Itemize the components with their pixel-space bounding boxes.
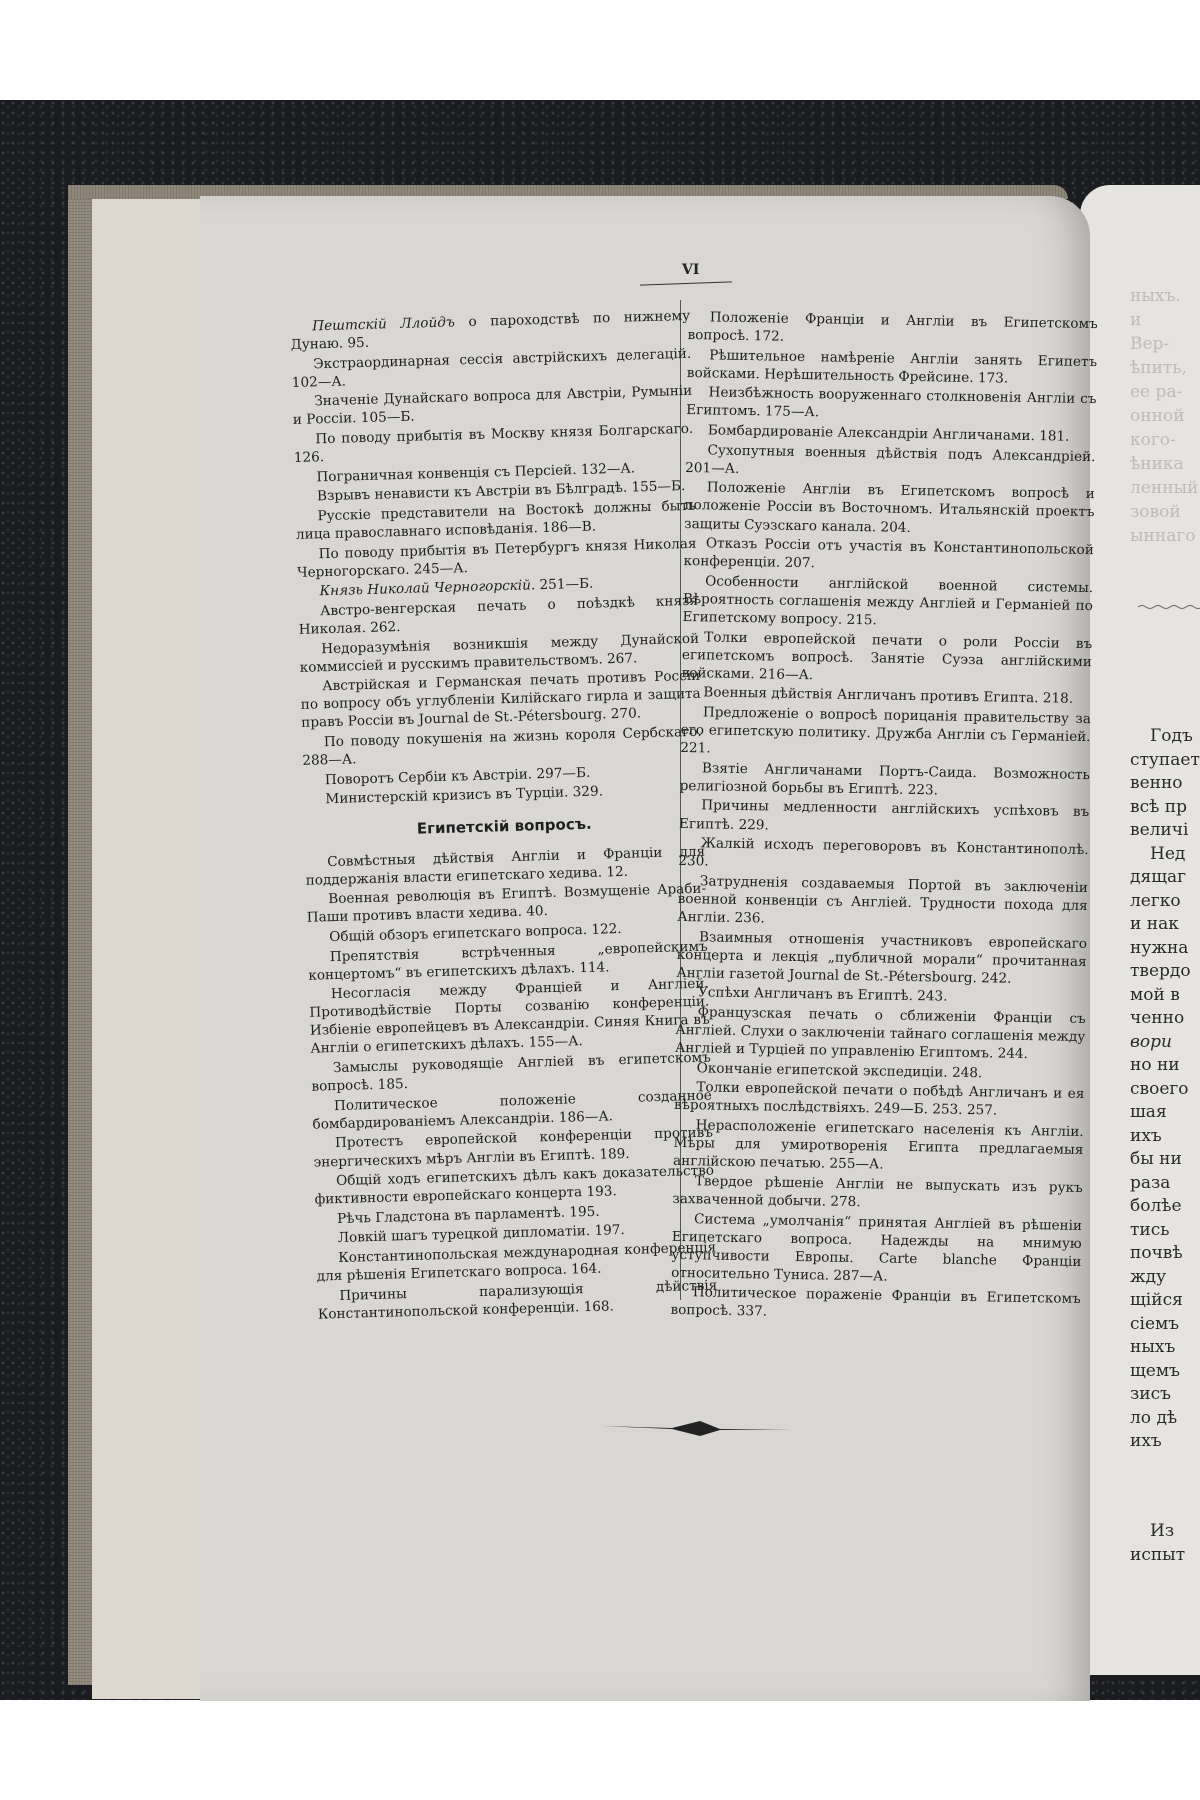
index-entry: Затрудненія создаваемыя Портой въ заключ… xyxy=(677,872,1088,933)
next-page-line: зисъ xyxy=(1130,1383,1171,1407)
entry-text: Причины медленности англійскихъ успѣховъ… xyxy=(679,798,1090,833)
section-title: Египетскій вопросъ. xyxy=(304,812,704,841)
next-page-line: шая xyxy=(1130,1101,1167,1125)
next-page-faint-line: ныхъ. xyxy=(1130,285,1181,309)
next-page-faint-line: зовой xyxy=(1130,501,1181,525)
next-page-line: раза xyxy=(1130,1172,1170,1196)
entry-text: Положеніе Франціи и Англіи въ Египетском… xyxy=(687,309,1098,344)
next-page: ныхъ.и Вер-ѣпить,ее ра-оннойкого-ѣникале… xyxy=(1080,185,1200,1675)
next-page-faint-line: Вер- xyxy=(1130,333,1169,357)
next-page-line: ихъ xyxy=(1130,1430,1162,1454)
next-page-faint-line: ее ра- xyxy=(1130,381,1182,405)
index-entry: Французская печать о сближеніи Франціи с… xyxy=(675,1003,1086,1064)
entry-text: . 251—Б. xyxy=(531,576,594,594)
next-page-line: твердо xyxy=(1130,960,1191,984)
index-entry: Система „умолчанія“ принятая Англіей въ … xyxy=(671,1209,1082,1289)
next-page-faint-line: кого- xyxy=(1130,429,1176,453)
entry-text: Неизбѣжность вооруженнаго столкновенія А… xyxy=(686,385,1097,421)
wavy-rule-ornament xyxy=(1138,604,1200,610)
index-entry: Сухопутныя военныя дѣйствія подъ Алексан… xyxy=(685,441,1096,484)
entry-text: Окончаніе египетской экспедиціи. 248. xyxy=(697,1060,983,1081)
entry-text: Нерасположеніе египетскаго населенія къ … xyxy=(673,1117,1084,1172)
entry-text: Система „умолчанія“ принятая Англіей въ … xyxy=(671,1211,1082,1285)
next-page-line: ло дѣ xyxy=(1130,1407,1177,1431)
index-entry: Австрійская и Германская печать противъ … xyxy=(300,667,701,732)
entry-text: Предложеніе о вопросѣ порицанія правител… xyxy=(680,704,1091,756)
entry-text: Особенности англійской военной системы. … xyxy=(682,573,1093,628)
next-page-line: легко xyxy=(1130,890,1181,914)
entry-text: Толки европейской печати о побѣдѣ Англич… xyxy=(674,1080,1085,1119)
entry-italic-title: Пештскій Ллойдъ xyxy=(312,314,455,334)
next-page-line: ченно xyxy=(1130,1007,1184,1031)
next-page-line: ихъ xyxy=(1130,1125,1162,1149)
index-entry: Положеніе Франціи и Англіи въ Египетском… xyxy=(687,308,1098,351)
next-page-line: тись xyxy=(1130,1219,1170,1243)
entry-text: Положеніе Англіи въ Египетскомъ вопросѣ … xyxy=(684,480,1095,536)
index-entry: Неизбѣжность вооруженнаго столкновенія А… xyxy=(686,383,1097,426)
next-page-line: Годъ xyxy=(1150,725,1193,749)
index-entry: Взаимныя отношенія участниковъ европейск… xyxy=(676,927,1087,988)
next-page-line: сіемъ xyxy=(1130,1313,1179,1337)
next-page-line: Из xyxy=(1150,1520,1174,1544)
next-page-line: бы ни xyxy=(1130,1148,1182,1172)
next-page-faint-line: ыннаго xyxy=(1130,525,1195,549)
next-page-line: мой в xyxy=(1130,984,1180,1008)
index-entry: Твердое рѣшеніе Англіи не выпускать изъ … xyxy=(672,1172,1083,1215)
index-entry: Несогласія между Франціей и Англіей. Про… xyxy=(309,975,711,1059)
next-page-line: всѣ пр xyxy=(1130,796,1187,820)
entry-text: Успѣхи Англичанъ въ Египтѣ. 243. xyxy=(698,985,948,1005)
next-page-line: жду xyxy=(1130,1266,1166,1290)
entry-text: Жалкій исходъ переговоровъ въ Константин… xyxy=(678,835,1089,869)
index-entries-right: Положеніе Франціи и Англіи въ Египетском… xyxy=(670,308,1098,1327)
entry-text: Взятіе Англичанами Портъ-Саида. Возможно… xyxy=(680,760,1091,798)
next-page-faint-line: онной xyxy=(1130,405,1184,429)
index-entry: Рѣшительное намѣреніе Англіи занять Егип… xyxy=(687,346,1098,389)
next-page-faint-line: и xyxy=(1130,309,1141,333)
next-page-faint-line: ленный xyxy=(1130,477,1198,501)
entry-text: Отказъ Россіи отъ участія въ Константино… xyxy=(683,535,1094,571)
entry-text: Твердое рѣшеніе Англіи не выпускать изъ … xyxy=(672,1173,1083,1210)
entry-text: Рѣшительное намѣреніе Англіи занять Егип… xyxy=(687,347,1098,386)
index-entry: Предложеніе о вопросѣ порицанія правител… xyxy=(680,703,1091,764)
page-number: VI xyxy=(682,262,699,278)
index-entry: Взятіе Англичанами Портъ-Саида. Возможно… xyxy=(680,759,1091,802)
entry-text: Толки европейской печати о роли Россіи в… xyxy=(681,629,1092,683)
index-entry: Политическое пораженіе Франціи въ Египет… xyxy=(670,1283,1081,1326)
entry-text: Французская печать о сближеніи Франціи с… xyxy=(675,1004,1086,1062)
next-page-line: нужна xyxy=(1130,937,1188,961)
next-page-line: венно xyxy=(1130,772,1183,796)
entry-text: Политическое пораженіе Франціи въ Египет… xyxy=(670,1285,1081,1320)
entry-text: Австрійская и Германская печать противъ … xyxy=(301,668,701,731)
entry-text: Взаимныя отношенія участниковъ европейск… xyxy=(676,929,1087,987)
next-page-line: щемъ xyxy=(1130,1360,1180,1384)
left-column: Пештскій Ллойдъ о пароходствѣ по нижнему… xyxy=(290,307,718,1325)
next-page-line: ныхъ xyxy=(1130,1336,1175,1360)
index-entry: Нерасположеніе египетскаго населенія къ … xyxy=(673,1116,1084,1177)
index-entry: Толки европейской печати о побѣдѣ Англич… xyxy=(674,1078,1085,1121)
endpaper xyxy=(92,199,213,1699)
next-page-faint-line: ѣпить, xyxy=(1130,357,1187,381)
next-page-line: и нак xyxy=(1130,913,1179,937)
index-entry: Толки европейской печати о роли Россіи в… xyxy=(681,628,1092,689)
index-entries-egypt: Совмѣстныя дѣйствія Англіи и Франціи для… xyxy=(305,842,718,1323)
index-entry: Положеніе Англіи въ Египетскомъ вопросѣ … xyxy=(684,478,1095,539)
entry-text: Затрудненія создаваемыя Портой въ заключ… xyxy=(677,873,1088,926)
next-page-line: почвѣ xyxy=(1130,1242,1183,1266)
entry-text: Сухопутныя военныя дѣйствія подъ Алексан… xyxy=(685,442,1096,477)
next-page-line: болѣе xyxy=(1130,1195,1182,1219)
entry-text: Несогласія между Франціей и Англіей. Про… xyxy=(309,976,710,1057)
index-entry: Отказъ Россіи отъ участія въ Константино… xyxy=(683,534,1094,577)
next-page-line: испыт xyxy=(1130,1544,1185,1568)
right-column: Положеніе Франціи и Англіи въ Египетском… xyxy=(670,308,1098,1328)
next-page-line: вори xyxy=(1130,1031,1172,1055)
next-page-line: Нед xyxy=(1150,843,1185,867)
next-page-line: но ни xyxy=(1130,1054,1180,1078)
index-entry: Жалкій исходъ переговоровъ въ Константин… xyxy=(678,834,1089,877)
next-page-line: дящаг xyxy=(1130,866,1186,890)
next-page-line: щійся xyxy=(1130,1289,1183,1313)
index-entries-top: Пештскій Ллойдъ о пароходствѣ по нижнему… xyxy=(290,307,704,809)
next-page-faint-line: ѣника xyxy=(1130,453,1184,477)
diamond-rule-ornament xyxy=(602,1418,792,1438)
next-page-line: своего xyxy=(1130,1078,1189,1102)
next-page-line: ступает xyxy=(1130,749,1200,773)
next-page-line: величі xyxy=(1130,819,1188,843)
index-entry: Особенности англійской военной системы. … xyxy=(682,572,1093,633)
index-entry: Причины медленности англійскихъ успѣховъ… xyxy=(679,796,1090,839)
